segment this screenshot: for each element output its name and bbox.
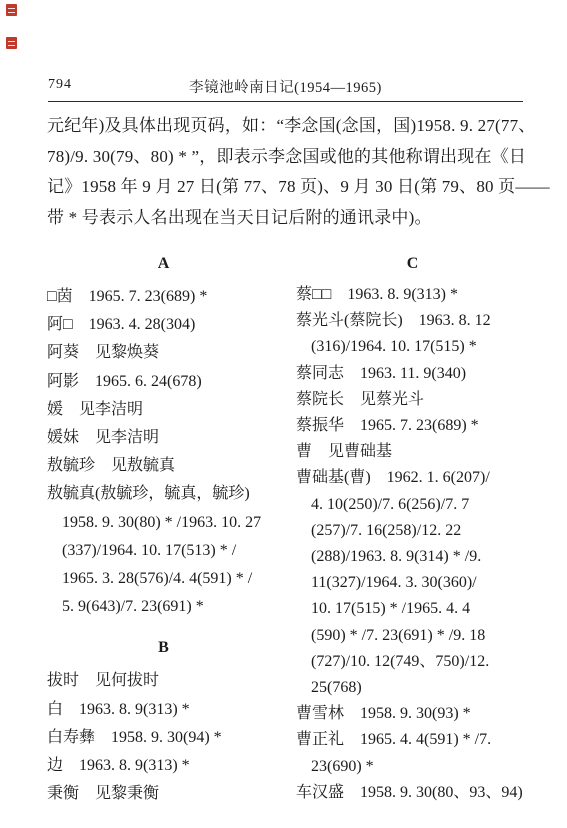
- intro-line: 元纪年)及具体出现页码，如：“李念国(念国，国)1958. 9. 27(77、: [47, 111, 525, 142]
- index-line: 11(327)/1964. 3. 30(360)/: [296, 570, 529, 596]
- index-line: 媛妹 见李洁明: [47, 424, 280, 452]
- index-line: (590) * /7. 23(691) * /9. 18: [296, 623, 529, 649]
- section-letter-c: C: [296, 251, 529, 277]
- index-column-right: C蔡□□ 1963. 8. 9(313) *蔡光斗(蔡院长) 1963. 8. …: [296, 251, 529, 808]
- index-line: 白寿彝 1958. 9. 30(94) *: [47, 724, 280, 752]
- index-line: 拔时 见何拔时: [47, 667, 280, 695]
- index-line: 1958. 9. 30(80) * /1963. 10. 27: [47, 509, 280, 537]
- intro-line: 78)/9. 30(79、80) * ”，即表示李念国或他的其他称谓出现在《日: [47, 142, 525, 173]
- index-line: (288)/1963. 8. 9(314) * /9.: [296, 544, 529, 570]
- index-line: 曹础基(曹) 1962. 1. 6(207)/: [296, 465, 529, 491]
- index-line: 曹正礼 1965. 4. 4(591) * /7.: [296, 727, 529, 753]
- page-header: 794 李镜池岭南日记(1954—1965): [48, 76, 523, 96]
- index-line: 白 1963. 8. 9(313) *: [47, 696, 280, 724]
- index-line: 4. 10(250)/7. 6(256)/7. 7: [296, 492, 529, 518]
- index-line: 蔡□□ 1963. 8. 9(313) *: [296, 282, 529, 308]
- index-line: 1965. 3. 28(576)/4. 4(591) * /: [47, 565, 280, 593]
- index-line: 蔡院长 见蔡光斗: [296, 387, 529, 413]
- index-line: 敖毓珍 见敖毓真: [47, 452, 280, 480]
- index-line: □茵 1965. 7. 23(689) *: [47, 283, 280, 311]
- intro-line: 带 * 号表示人名出现在当天日记后附的通讯录中)。: [47, 203, 525, 234]
- index-line: 阿影 1965. 6. 24(678): [47, 368, 280, 396]
- index-line: 边 1963. 8. 9(313) *: [47, 752, 280, 780]
- index-line: 阿□ 1963. 4. 28(304): [47, 311, 280, 339]
- index-line: 蔡光斗(蔡院长) 1963. 8. 12: [296, 308, 529, 334]
- header-rule: [48, 101, 523, 102]
- index-line: 敖毓真(敖毓珍，毓真，毓珍): [47, 480, 280, 508]
- red-stamp-icon: [6, 4, 17, 16]
- index-line: 25(768): [296, 675, 529, 701]
- index-line: 秉衡 见黎秉衡: [47, 780, 280, 808]
- index-line: (337)/1964. 10. 17(513) * /: [47, 537, 280, 565]
- index-line: 蔡同志 1963. 11. 9(340): [296, 361, 529, 387]
- index-column-left: A□茵 1965. 7. 23(689) *阿□ 1963. 4. 28(304…: [47, 251, 280, 808]
- index-line: 蔡振华 1965. 7. 23(689) *: [296, 413, 529, 439]
- index-columns: A□茵 1965. 7. 23(689) *阿□ 1963. 4. 28(304…: [47, 251, 529, 808]
- book-page: 794 李镜池岭南日记(1954—1965) 元纪年)及具体出现页码，如：“李念…: [0, 0, 567, 828]
- index-line: (316)/1964. 10. 17(515) *: [296, 334, 529, 360]
- index-line: 23(690) *: [296, 754, 529, 780]
- index-line: 阿葵 见黎焕葵: [47, 339, 280, 367]
- intro-paragraph: 元纪年)及具体出现页码，如：“李念国(念国，国)1958. 9. 27(77、7…: [47, 111, 525, 233]
- index-line: 曹 见曹础基: [296, 439, 529, 465]
- index-line: 车汉盛 1958. 9. 30(80、93、94): [296, 780, 529, 806]
- index-line: (257)/7. 16(258)/12. 22: [296, 518, 529, 544]
- intro-line: 记》1958 年 9 月 27 日(第 77、78 页)、9 月 30 日(第 …: [47, 172, 525, 203]
- index-line: 10. 17(515) * /1965. 4. 4: [296, 596, 529, 622]
- index-line: 5. 9(643)/7. 23(691) *: [47, 593, 280, 621]
- running-title: 李镜池岭南日记(1954—1965): [48, 76, 523, 97]
- index-line: 曹雪林 1958. 9. 30(93) *: [296, 701, 529, 727]
- section-letter-a: A: [47, 251, 280, 277]
- index-line: 媛 见李洁明: [47, 396, 280, 424]
- margin-stamps: [6, 4, 20, 70]
- section-letter-b: B: [47, 635, 280, 661]
- index-line: (727)/10. 12(749、750)/12.: [296, 649, 529, 675]
- red-stamp-icon: [6, 37, 17, 49]
